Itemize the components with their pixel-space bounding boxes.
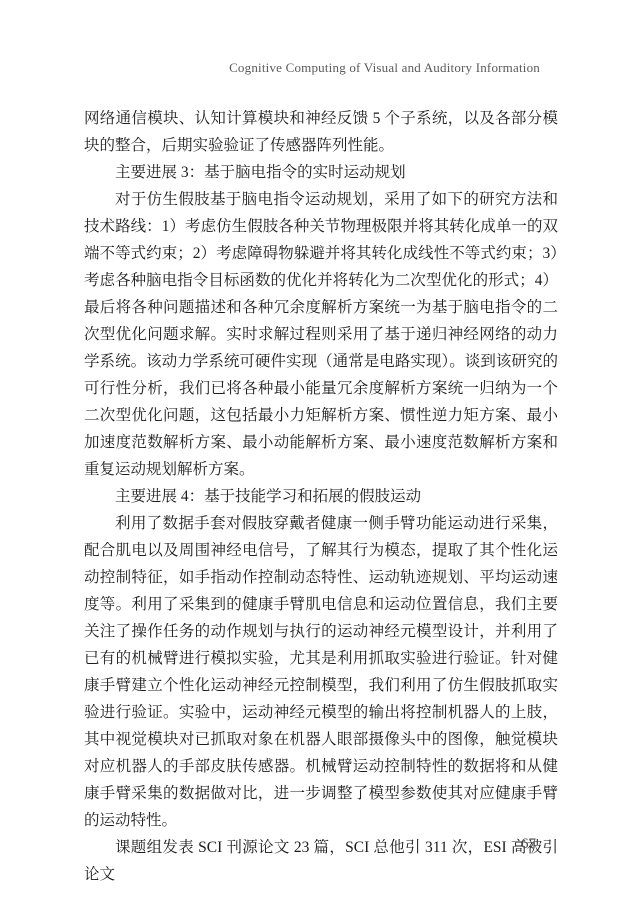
paragraph: 网络通信模块、认知计算模块和神经反馈 5 个子系统，以及各部分模块的整合，后期实… (84, 105, 558, 159)
paragraph: 利用了数据手套对假肢穿戴者健康一侧手臂功能运动进行采集，配合肌电以及周围神经电信… (84, 510, 558, 834)
paragraph: 课题组发表 SCI 刊源论文 23 篇，SCI 总他引 311 次，ESI 高被… (84, 834, 558, 888)
paragraph: 对于仿生假肢基于脑电指令运动规划，采用了如下的研究方法和技术路线：1）考虑仿生假… (84, 186, 558, 483)
page-number: 67 (521, 836, 536, 853)
body-text-container: 网络通信模块、认知计算模块和神经反馈 5 个子系统，以及各部分模块的整合，后期实… (84, 105, 558, 888)
running-header: Cognitive Computing of Visual and Audito… (229, 60, 540, 76)
document-page: Cognitive Computing of Visual and Audito… (0, 0, 643, 908)
paragraph-heading-progress-3: 主要进展 3：基于脑电指令的实时运动规划 (84, 159, 558, 186)
paragraph-heading-progress-4: 主要进展 4：基于技能学习和拓展的假肢运动 (84, 483, 558, 510)
